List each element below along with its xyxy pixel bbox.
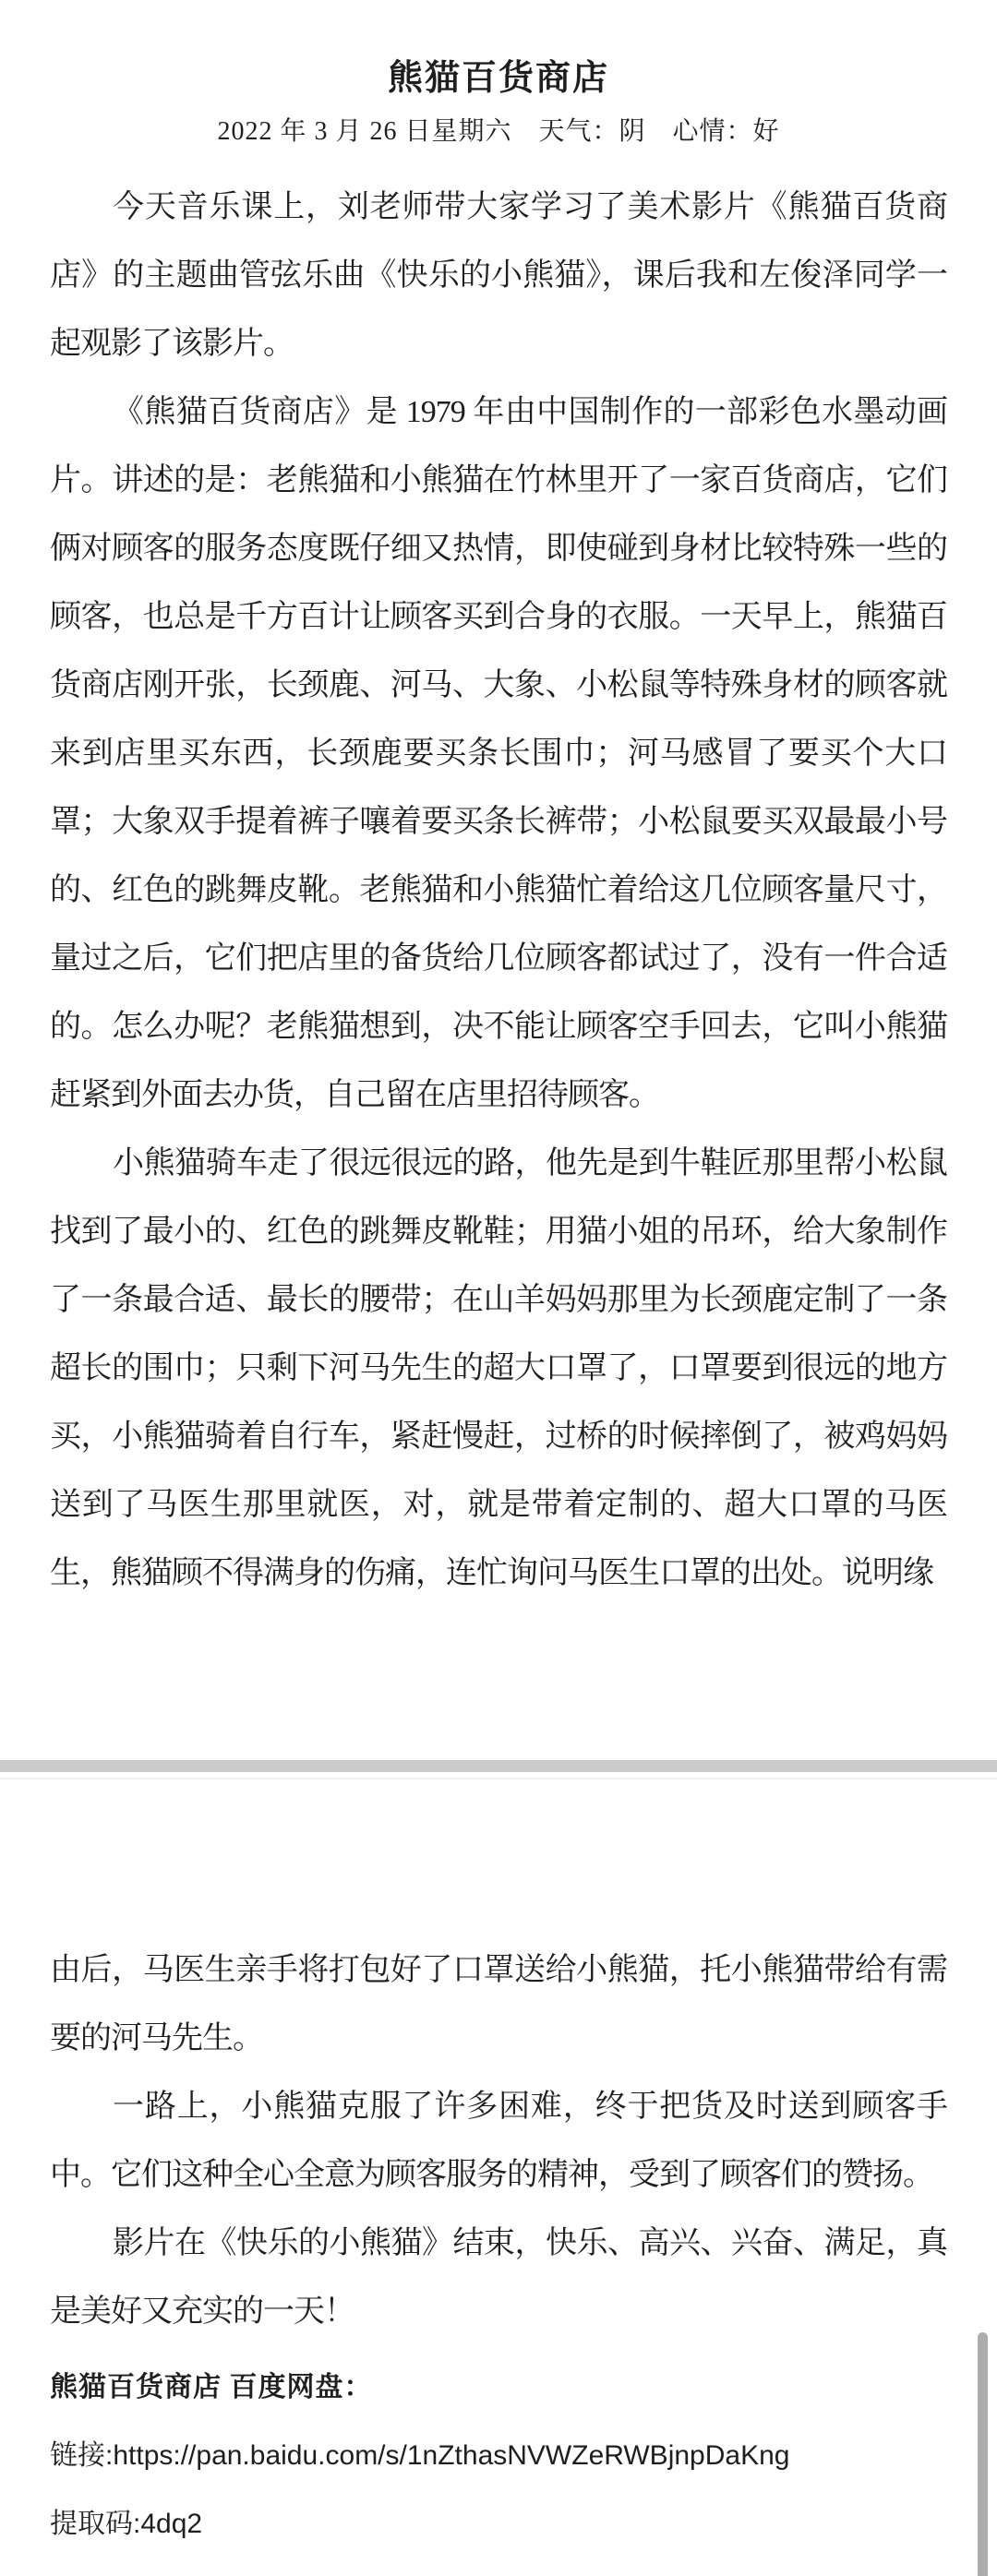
paragraph: 《熊猫百货商店》是 1979 年由中国制作的一部彩色水墨动画片。讲述的是：老熊猫… xyxy=(50,378,947,1130)
netdisk-heading: 熊猫百货商店 百度网盘： xyxy=(50,2354,947,2422)
paragraph: 由后，马医生亲手将打包好了口罩送给小熊猫，托小熊猫带给有需要的河马先生。 xyxy=(50,1936,947,2073)
page1-body: 今天音乐课上，刘老师带大家学习了美术影片《熊猫百货商店》的主题曲管弦乐曲《快乐的… xyxy=(50,174,947,1608)
netdisk-link[interactable]: 链接:https://pan.baidu.com/s/1nZthasNVWZeR… xyxy=(50,2422,947,2490)
page-2: 由后，马医生亲手将打包好了口罩送给小熊猫，托小熊猫带给有需要的河马先生。一路上，… xyxy=(0,1779,997,2576)
netdisk-footer: 熊猫百货商店 百度网盘： 链接:https://pan.baidu.com/s/… xyxy=(50,2354,947,2558)
paragraph: 今天音乐课上，刘老师带大家学习了美术影片《熊猫百货商店》的主题曲管弦乐曲《快乐的… xyxy=(50,174,947,378)
extraction-code: 提取码:4dq2 xyxy=(50,2490,947,2558)
date-line: 2022 年 3 月 26 日星期六 天气：阴 心情：好 xyxy=(50,113,947,151)
scrollbar-thumb[interactable] xyxy=(978,2332,988,2576)
page-1: 熊猫百货商店 2022 年 3 月 26 日星期六 天气：阴 心情：好 今天音乐… xyxy=(0,0,997,1760)
page-title: 熊猫百货商店 xyxy=(50,54,947,103)
paragraph: 影片在《快乐的小熊猫》结束，快乐、高兴、兴奋、满足，真是美好又充实的一天！ xyxy=(50,2210,947,2346)
paragraph: 小熊猫骑车走了很远很远的路，他先是到牛鞋匠那里帮小松鼠找到了最小的、红色的跳舞皮… xyxy=(50,1130,947,1608)
page-break-separator xyxy=(0,1760,997,1772)
paragraph: 一路上，小熊猫克服了许多困难，终于把货及时送到顾客手中。它们这种全心全意为顾客服… xyxy=(50,2073,947,2210)
page2-body: 由后，马医生亲手将打包好了口罩送给小熊猫，托小熊猫带给有需要的河马先生。一路上，… xyxy=(50,1936,947,2346)
